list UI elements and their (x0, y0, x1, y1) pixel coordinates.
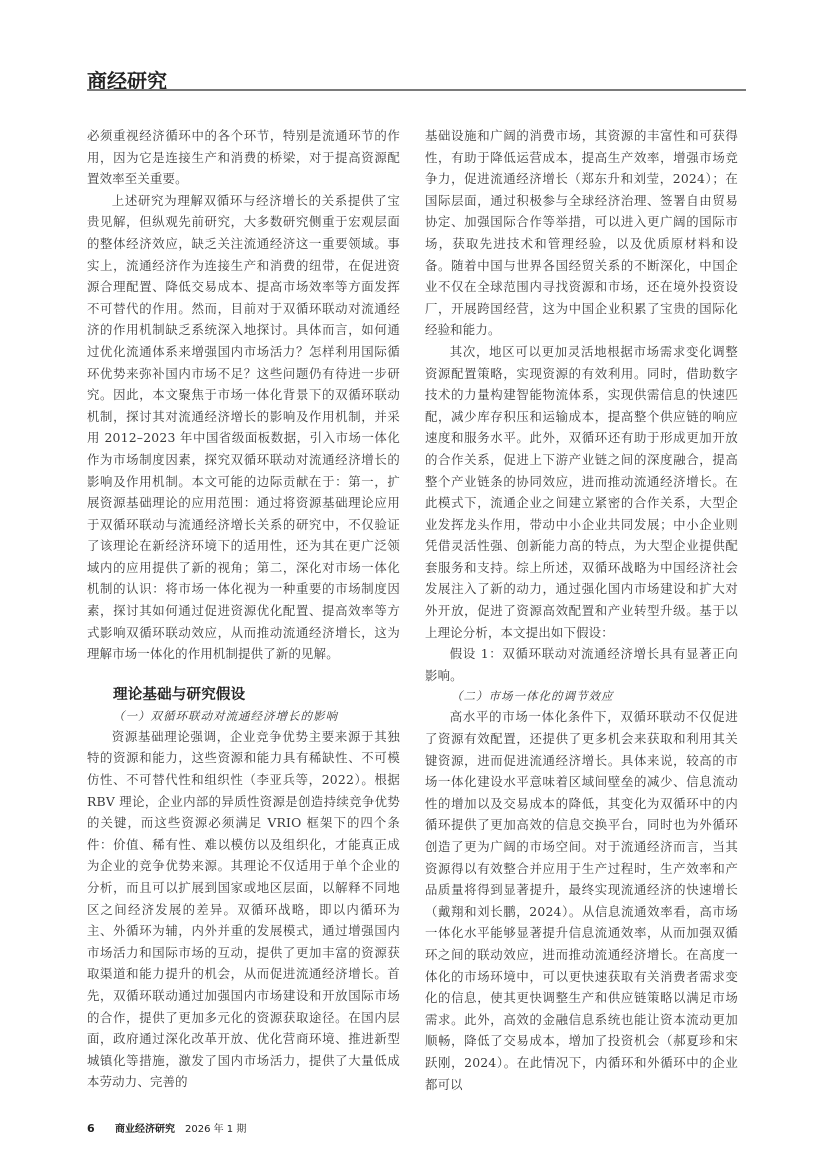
footer-journal-name: 商业经济研究 (115, 1120, 175, 1135)
left-column: 必须重视经济循环中的各个环节，特别是流通环节的作用，因为它是连接生产和消费的桥梁… (87, 125, 400, 1093)
right-column: 基础设施和广阔的消费市场，其资源的丰富性和可获得性，有助于降低运营成本，提高生产… (425, 125, 738, 1095)
paragraph: 资源基础理论强调，企业竞争优势主要来源于其独特的资源和能力，这些资源和能力具有稀… (87, 726, 400, 1093)
footer-issue: 2026 年 1 期 (185, 1120, 246, 1135)
paragraph: 必须重视经济循环中的各个环节，特别是流通环节的作用，因为它是连接生产和消费的桥梁… (87, 125, 400, 190)
section-heading: 理论基础与研究假设 (113, 684, 400, 706)
subsection-heading: （二）市场一体化的调节效应 (451, 686, 738, 706)
hypothesis: 假设 1：双循环联动对流通经济增长具有显著正向影响。 (425, 643, 738, 686)
paragraph: 上述研究为理解双循环与经济增长的关系提供了宝贵见解，但纵观先前研究，大多数研究侧… (87, 190, 400, 665)
header-rule (87, 89, 746, 91)
page-footer: 6 商业经济研究 2026 年 1 期 (87, 1120, 246, 1135)
page-number: 6 (87, 1122, 115, 1135)
paragraph: 基础设施和广阔的消费市场，其资源的丰富性和可获得性，有助于降低运营成本，提高生产… (425, 125, 738, 341)
subsection-heading: （一）双循环联动对流通经济增长的影响 (113, 706, 400, 726)
paragraph: 高水平的市场一体化条件下，双循环联动不仅促进了资源有效配置，还提供了更多机会来获… (425, 706, 738, 1095)
paragraph: 其次，地区可以更加灵活地根据市场需求变化调整资源配置策略，实现资源的有效利用。同… (425, 341, 738, 643)
